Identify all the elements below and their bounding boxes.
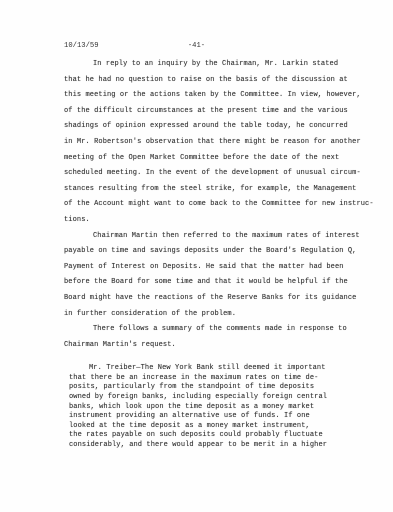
text-line: tions. xyxy=(64,213,362,229)
document-date: 10/13/59 xyxy=(64,42,99,50)
paragraph: Mr. Treiber—The New York Bank still deem… xyxy=(64,364,362,450)
text-line: In reply to an inquiry by the Chairman, … xyxy=(64,57,362,73)
text-line: of the difficult circumstances at the pr… xyxy=(64,104,362,120)
page-header: 10/13/59 -41- xyxy=(0,42,393,54)
text-line: There follows a summary of the comments … xyxy=(64,322,362,338)
page-number: -41- xyxy=(188,42,205,50)
text-line: instrument providing an alternative use … xyxy=(69,412,362,422)
text-line: scheduled meeting. In the event of the d… xyxy=(64,166,362,182)
text-line: posits, particularly from the standpoint… xyxy=(69,383,362,393)
text-line: that he had no question to raise on the … xyxy=(64,73,362,89)
paragraph: Chairman Martin then referred to the max… xyxy=(64,229,362,323)
text-line: Chairman Martin then referred to the max… xyxy=(64,229,362,245)
text-line: of the Account might want to come back t… xyxy=(64,197,362,213)
text-line: Board might have the reactions of the Re… xyxy=(64,291,362,307)
document-body: In reply to an inquiry by the Chairman, … xyxy=(64,57,362,451)
text-line: meeting of the Open Market Committee bef… xyxy=(64,151,362,167)
text-line: in Mr. Robertson's observation that ther… xyxy=(64,135,362,151)
text-line: Chairman Martin's request. xyxy=(64,338,362,354)
text-line: Mr. Treiber—The New York Bank still deem… xyxy=(69,364,362,374)
text-line: in further consideration of the problem. xyxy=(64,307,362,323)
document-page: 10/13/59 -41- In reply to an inquiry by … xyxy=(0,0,393,512)
paragraph: In reply to an inquiry by the Chairman, … xyxy=(64,57,362,229)
text-line: shadings of opinion expressed around the… xyxy=(64,119,362,135)
text-line: the rates payable on such deposits could… xyxy=(69,431,362,441)
text-line: considerably, and there would appear to … xyxy=(69,441,362,451)
text-line: payable on time and savings deposits und… xyxy=(64,244,362,260)
text-line: looked at the time deposit as a money ma… xyxy=(69,422,362,432)
text-line: Payment of Interest on Deposits. He said… xyxy=(64,260,362,276)
paragraph: There follows a summary of the comments … xyxy=(64,322,362,353)
text-line: before the Board for some time and that … xyxy=(64,275,362,291)
text-line: this meeting or the actions taken by the… xyxy=(64,88,362,104)
text-line: owned by foreign banks, including especi… xyxy=(69,393,362,403)
text-line: banks, which look upon the time deposit … xyxy=(69,403,362,413)
text-line: stances resulting from the steel strike,… xyxy=(64,182,362,198)
